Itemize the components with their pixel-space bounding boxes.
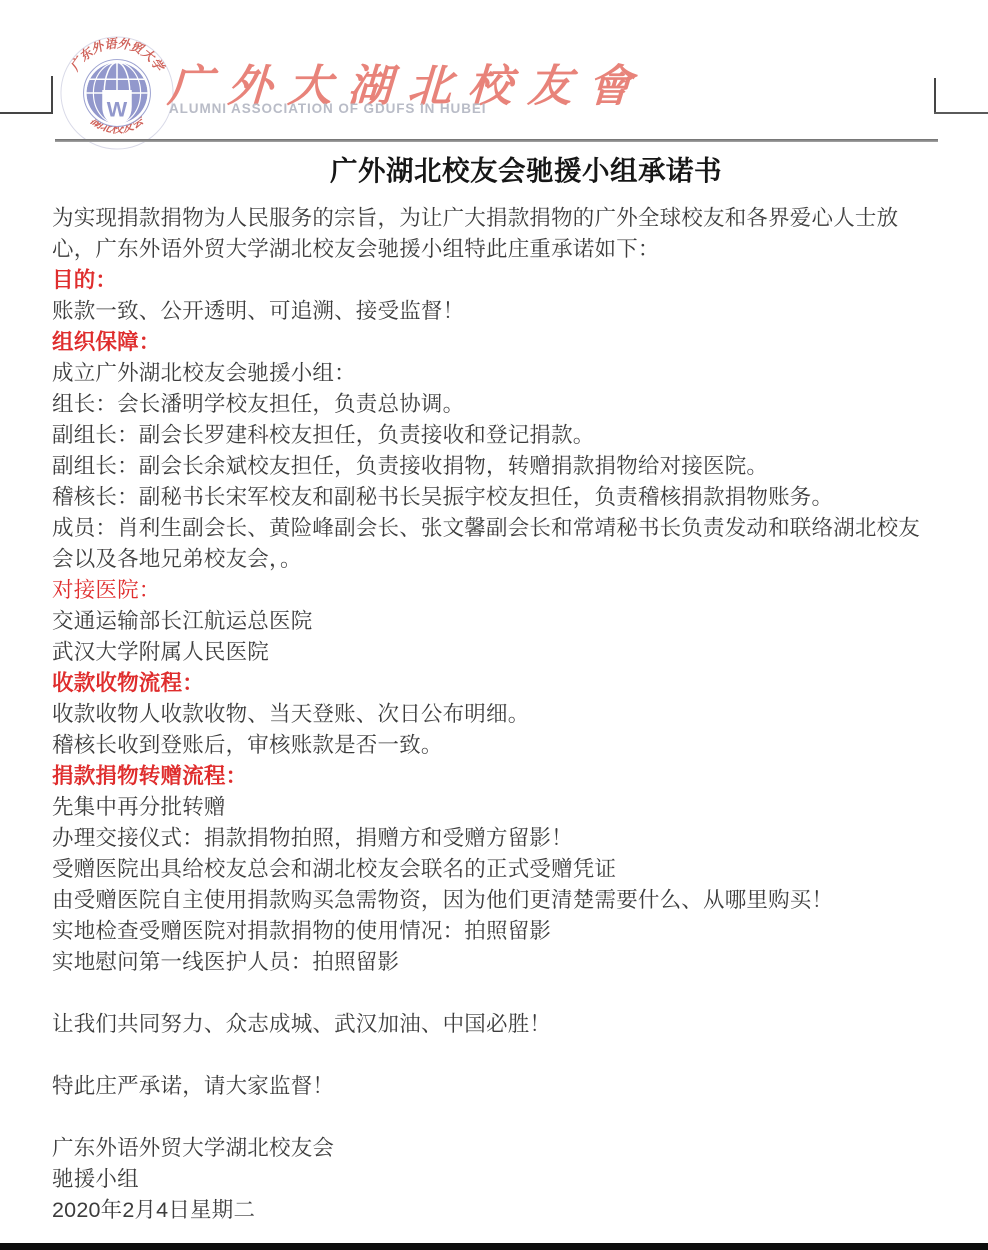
- text-line: 收款收物流程：: [52, 668, 942, 699]
- blank-line: [52, 978, 942, 1009]
- text-line: 副组长：副会长罗建科校友担任，负责接收和登记捐款。: [52, 420, 942, 451]
- text-line: 实地慰问第一线医护人员：拍照留影: [52, 947, 942, 978]
- text-line: 稽核长：副秘书长宋军校友和副秘书长吴振宇校友担任，负责稽核捐款捐物账务。: [52, 482, 942, 513]
- brand-english-subtitle: ALUMNI ASSOCIATION OF GDUFS IN HUBEI: [169, 101, 486, 116]
- text-line: 成员：肖利生副会长、黄险峰副会长、张文馨副会长和常靖秘书长负责发动和联络湖北校友: [52, 513, 942, 544]
- text-line: 组织保障：: [52, 327, 942, 358]
- blank-line: [52, 1102, 942, 1133]
- text-line: 稽核长收到登账后，审核账款是否一致。: [52, 730, 942, 761]
- corner-mark-top-right-horizontal: [934, 112, 988, 114]
- text-line: 由受赠医院自主使用捐款购买急需物资，因为他们更清楚需要什么、从哪里购买！: [52, 885, 942, 916]
- text-line: 心，广东外语外贸大学湖北校友会驰援小组特此庄重承诺如下：: [52, 234, 942, 265]
- bottom-edge-bar: [0, 1243, 988, 1250]
- corner-mark-top-left-horizontal: [0, 112, 53, 114]
- text-line: 组长：会长潘明学校友担任，负责总协调。: [52, 389, 942, 420]
- text-line: 对接医院：: [52, 575, 942, 606]
- seal-monogram: W: [107, 97, 128, 122]
- text-line: 为实现捐款捐物为人民服务的宗旨，为让广大捐款捐物的广外全球校友和各界爱心人士放: [52, 203, 942, 234]
- corner-mark-top-right-vertical: [934, 78, 936, 114]
- text-line: 账款一致、公开透明、可追溯、接受监督！: [52, 296, 942, 327]
- text-line: 办理交接仪式：捐款捐物拍照，捐赠方和受赠方留影！: [52, 823, 942, 854]
- text-line: 目的：: [52, 265, 942, 296]
- text-line: 先集中再分批转赠: [52, 792, 942, 823]
- document-body: 为实现捐款捐物为人民服务的宗旨，为让广大捐款捐物的广外全球校友和各界爱心人士放心…: [52, 203, 942, 1226]
- blank-line: [52, 1040, 942, 1071]
- text-line: 实地检查受赠医院对捐款捐物的使用情况：拍照留影: [52, 916, 942, 947]
- text-line: 副组长：副会长余斌校友担任，负责接收捐物，转赠捐款捐物给对接医院。: [52, 451, 942, 482]
- text-line: 会以及各地兄弟校友会，。: [52, 544, 942, 575]
- text-line: 交通运输部长江航运总医院: [52, 606, 942, 637]
- text-line: 武汉大学附属人民医院: [52, 637, 942, 668]
- text-line: 特此庄严承诺，请大家监督！: [52, 1071, 942, 1102]
- text-line: 驰援小组: [52, 1164, 942, 1195]
- text-line: 捐款捐物转赠流程：: [52, 761, 942, 792]
- text-line: 成立广外湖北校友会驰援小组：: [52, 358, 942, 389]
- text-line: 收款收物人收款收物、当天登账、次日公布明细。: [52, 699, 942, 730]
- alumni-association-seal-logo: 广东外语外贸大学 湖北校友会 W: [58, 34, 176, 152]
- document-page: 广东外语外贸大学 湖北校友会 W 广外大湖北校友會 ALUMNI ASSOCIA…: [0, 0, 988, 1250]
- text-line: 2020年2月4日星期二: [52, 1195, 942, 1226]
- document-title: 广外湖北校友会驰援小组承诺书: [0, 148, 988, 188]
- corner-mark-top-left-vertical: [51, 76, 53, 114]
- header-separator-line: [55, 139, 938, 142]
- text-line: 让我们共同努力、众志成城、武汉加油、中国必胜！: [52, 1009, 942, 1040]
- text-line: 广东外语外贸大学湖北校友会: [52, 1133, 942, 1164]
- text-line: 受赠医院出具给校友总会和湖北校友会联名的正式受赠凭证: [52, 854, 942, 885]
